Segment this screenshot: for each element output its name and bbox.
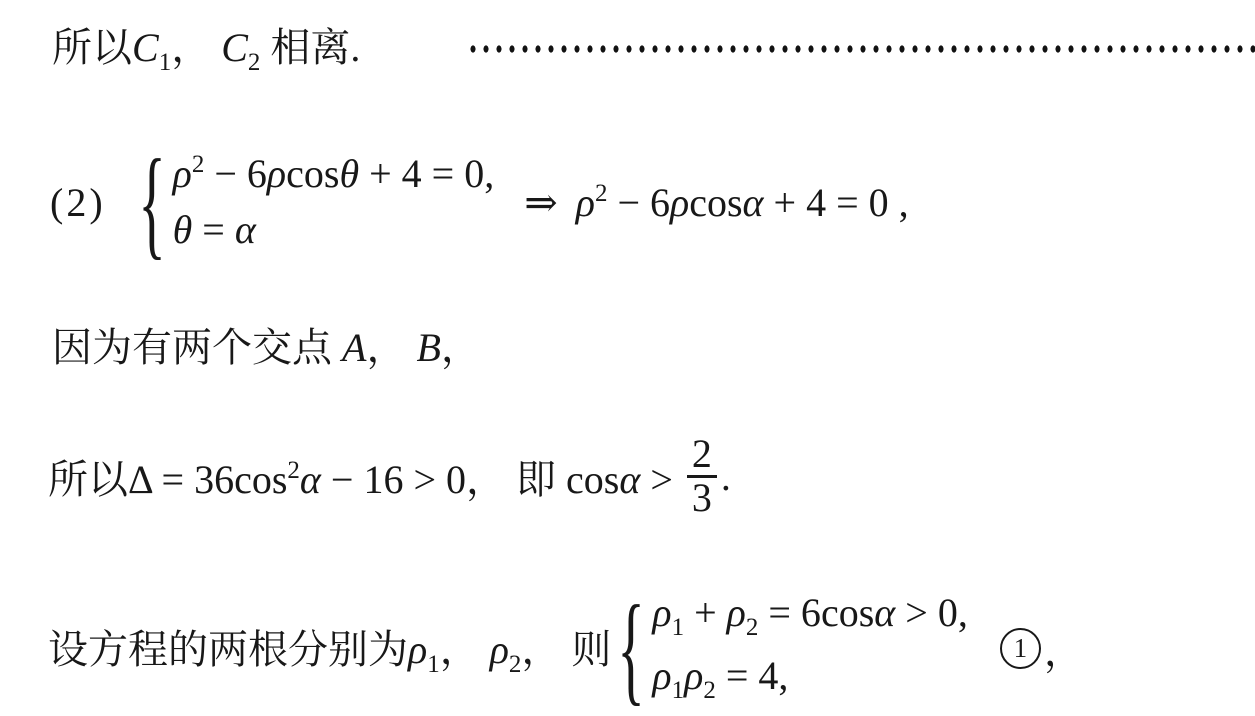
- run-cn: ，: [440, 627, 480, 672]
- run-var: α: [619, 457, 640, 502]
- part-label: (2): [50, 179, 106, 226]
- run-fn: cos: [234, 457, 287, 502]
- equation-system: { ρ2 − 6ρcosθ + 4 = 0, θ = α: [140, 151, 495, 253]
- run-op: = 6: [758, 590, 821, 635]
- vieta-system-line: 设方程的两根分别为ρ1， ρ2， 则 { ρ1 + ρ2 = 6cosα > 0…: [48, 585, 1084, 711]
- run-var: ρ: [490, 627, 509, 672]
- run-cn: [480, 627, 490, 672]
- run-var: ρ: [684, 653, 703, 698]
- run-sub: 1: [159, 49, 172, 76]
- run-cn: ，: [521, 627, 561, 672]
- run-var: ρ: [173, 151, 192, 196]
- run-var: θ: [339, 151, 359, 196]
- run-op: Δ: [128, 457, 152, 502]
- system-row-1: ρ1 + ρ2 = 6cosα > 0,: [652, 590, 967, 643]
- statement-two-intersections: 因为有两个交点 A， B，: [52, 320, 481, 368]
- run-fn: cos: [286, 151, 339, 196]
- run-sub: 1: [672, 677, 685, 704]
- fraction-denominator: 3: [687, 478, 717, 519]
- run-cn: ，: [441, 325, 481, 370]
- run-var: ρ: [267, 151, 286, 196]
- run-sub: 2: [509, 651, 522, 678]
- run-sup: 2: [287, 457, 300, 484]
- left-brace: {: [138, 131, 166, 273]
- circled-number-1: 1: [1000, 628, 1041, 669]
- run-op: .: [721, 454, 731, 499]
- run-var: α: [235, 207, 256, 252]
- run-op: − 16 > 0: [321, 457, 466, 502]
- statement-text: 所以C1， C2 相离.: [52, 16, 360, 77]
- run-var: θ: [173, 207, 193, 252]
- discriminant-line: 所以Δ = 36cos2α − 16 > 0， 即 cosα > 2 3 .: [48, 428, 731, 524]
- left-brace: {: [618, 577, 646, 716]
- run-fn: cos: [689, 180, 742, 225]
- system-row-2: θ = α: [173, 207, 495, 253]
- run-op: =: [192, 207, 235, 252]
- run-cn: 所以: [48, 457, 128, 502]
- equation-system-line: (2) { ρ2 − 6ρcosθ + 4 = 0, θ = α ⇒ ρ2 − …: [50, 142, 909, 262]
- run-fn: cos: [566, 457, 619, 502]
- run-op: >: [640, 457, 683, 502]
- run-var: ρ: [652, 590, 671, 635]
- lead-text: 设方程的两根分别为ρ1， ρ2， 则: [48, 618, 611, 679]
- run-op: +: [684, 590, 727, 635]
- run-var: α: [300, 457, 321, 502]
- fraction-numerator: 2: [687, 434, 717, 475]
- statement-circles-separate: 所以C1， C2 相离.: [52, 22, 360, 70]
- math-solution-document: 所以C1， C2 相离. (2) { ρ2 − 6ρcosθ + 4 = 0, …: [0, 0, 1255, 716]
- run-cn: ，: [466, 457, 506, 502]
- statement-text: 因为有两个交点 A， B，: [52, 316, 481, 373]
- run-cn: ，: [171, 25, 211, 70]
- run-cn: [332, 325, 342, 370]
- run-cn: 则: [561, 627, 611, 672]
- run-cn: 相离.: [260, 25, 360, 70]
- run-op: > 0,: [895, 590, 968, 635]
- tag-comma: ，: [1044, 620, 1084, 677]
- run-fn: cos: [821, 590, 874, 635]
- run-var: ρ: [652, 653, 671, 698]
- run-sub: 2: [248, 49, 261, 76]
- run-cn: 即: [506, 457, 566, 502]
- run-var: C: [132, 25, 159, 70]
- run-sub: 2: [703, 677, 716, 704]
- run-op: = 36: [152, 457, 235, 502]
- run-cn: 所以: [52, 25, 132, 70]
- implication-result: ⇒ ρ2 − 6ρcosα + 4 = 0 ,: [524, 179, 908, 226]
- run-var: α: [874, 590, 895, 635]
- system-row-1: ρ2 − 6ρcosθ + 4 = 0,: [173, 151, 495, 197]
- run-var: A: [342, 325, 366, 370]
- dotted-leader-line: [467, 42, 1255, 56]
- system-row-2: ρ1ρ2 = 4,: [652, 653, 967, 706]
- run-sub: 1: [672, 614, 685, 641]
- run-op: − 6: [607, 180, 670, 225]
- discriminant-text: 所以Δ = 36cos2α − 16 > 0， 即 cosα >: [48, 448, 683, 505]
- run-cn: [211, 25, 221, 70]
- run-var: α: [743, 180, 764, 225]
- run-op: − 6: [204, 151, 267, 196]
- run-sup: 2: [192, 151, 205, 178]
- equation-tag: 1 ，: [1000, 620, 1084, 677]
- run-op: + 4 = 0 ,: [764, 180, 909, 225]
- run-cn: 设方程的两根分别为: [48, 627, 408, 672]
- run-op: + 4 = 0,: [359, 151, 494, 196]
- run-op: = 4,: [716, 653, 789, 698]
- run-var: ρ: [670, 180, 689, 225]
- run-var: ρ: [408, 627, 427, 672]
- run-sub: 1: [427, 651, 440, 678]
- run-sub: 2: [746, 614, 759, 641]
- system-rows: ρ2 − 6ρcosθ + 4 = 0, θ = α: [173, 151, 495, 253]
- run-var: ρ: [727, 590, 746, 635]
- run-var: C: [221, 25, 248, 70]
- run-cn: [406, 325, 416, 370]
- system-rows: ρ1 + ρ2 = 6cosα > 0, ρ1ρ2 = 4,: [652, 590, 967, 706]
- equation-system: { ρ1 + ρ2 = 6cosα > 0, ρ1ρ2 = 4,: [619, 590, 967, 706]
- run-cn: 因为有两个交点: [52, 325, 332, 370]
- period-text: .: [721, 453, 731, 500]
- run-cn: ，: [366, 325, 406, 370]
- run-var: ρ: [576, 180, 595, 225]
- run-sup: 2: [595, 180, 608, 207]
- run-arrow: ⇒: [524, 180, 576, 225]
- run-var: B: [416, 325, 440, 370]
- fraction-two-thirds: 2 3: [687, 434, 717, 519]
